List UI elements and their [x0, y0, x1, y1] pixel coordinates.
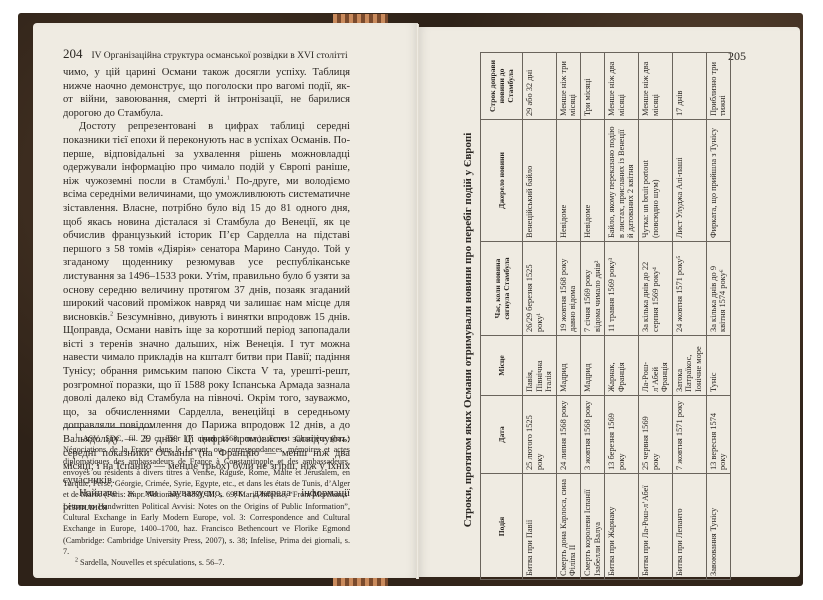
footnote: 2 Sardella, Nouvelles et spéculations, s… [63, 557, 350, 568]
running-head: 204 IV Організаційна структура османсько… [63, 46, 348, 62]
cell-source: Лист Улуджа Алі-паші [672, 120, 706, 242]
cell-event: Битва при Жарнаку [605, 474, 639, 580]
cell-arrival: 11 травня 1569 року³ [605, 242, 639, 336]
cell-source: Венеційський байло [523, 120, 557, 242]
header-duration: Строк доправи новини до Стамбула [481, 53, 523, 120]
cell-arrival: За кілька днів до 9 квітня 1574 року⁶ [706, 242, 730, 336]
cell-place: Затока Патраїкос, Іонічне море [672, 336, 706, 396]
cell-place: Ла-Рош-л’Абей Франція [638, 336, 672, 396]
news-timing-table: Подія Дата Місце Час, коли новина сягнул… [480, 52, 731, 580]
footnote-text: Sardella, Nouvelles et spéculations, s. … [80, 558, 224, 567]
cell-source: Байло, якому переказано подію в листах, … [605, 120, 639, 242]
cell-place: Мадрид [580, 336, 604, 396]
cell-duration: Менше ніж два місяці [605, 53, 639, 120]
rotated-table: Строки, протягом яких Османи отримували … [460, 53, 731, 580]
cell-duration: Три місяці [580, 53, 604, 120]
footnote-number: 1 [75, 433, 78, 439]
footnote: 1 ASV, SDC, fil. 3, c. 359r (7 січня 156… [63, 433, 350, 557]
paragraph: чимо, у цій царині Османи також досягли … [63, 66, 350, 120]
cell-place: Туніс [706, 336, 730, 396]
table-row: Смерть королеви Іспанії Ізабелли Валуа 3… [580, 53, 604, 580]
header-source: Джерело новини [481, 120, 523, 242]
cell-arrival: 24 жовтня 1571 року⁵ [672, 242, 706, 336]
table-row: Смерть дона Карлоса, сина Філіпа II 24 л… [556, 53, 580, 580]
cell-event: Завоювання Тунісу [706, 474, 730, 580]
footnote-rule [63, 427, 153, 428]
cell-date: 25 лютого 1525 року [523, 396, 557, 474]
table-row: Завоювання Тунісу 13 вересня 1574 року Т… [706, 53, 730, 580]
table-title: Строки, протягом яких Османи отримували … [460, 53, 480, 600]
header-event: Подія [481, 474, 523, 580]
cell-place: Павія, Північна Італія [523, 336, 557, 396]
table-row: Битва при Лепанто 7 жовтня 1571 року Зат… [672, 53, 706, 580]
header-place: Місце [481, 336, 523, 396]
table-row: Битва при Жарнаку 13 березня 1569 року Ж… [605, 53, 639, 580]
cell-event: Смерть королеви Іспанії Ізабелли Валуа [580, 474, 604, 580]
cell-source: Фирката, що прийшла з Тунісу [706, 120, 730, 242]
cell-event: Смерть дона Карлоса, сина Філіпа II [556, 474, 580, 580]
cell-date: 24 липня 1568 року [556, 396, 580, 474]
cell-duration: Менше ніж два місяці [638, 53, 672, 120]
cell-place: Жарнак, Франція [605, 336, 639, 396]
cell-source: Невідоме [580, 120, 604, 242]
page-number-left: 204 [63, 46, 83, 61]
cell-arrival: 19 жовтня 1568 року давно відома [556, 242, 580, 336]
cell-source: Невідоме [556, 120, 580, 242]
cell-date: 3 жовтня 1568 року [580, 396, 604, 474]
page-number-right: 205 [728, 49, 746, 64]
cell-duration: Приблизно три тижні [706, 53, 730, 120]
cell-date: 25 червня 1569 року [638, 396, 672, 474]
table-row: Битва при Павії 25 лютого 1525 року Паві… [523, 53, 557, 580]
chapter-title: IV Організаційна структура османської ро… [92, 51, 348, 61]
cell-event: Битва при Лепанто [672, 474, 706, 580]
cell-date: 7 жовтня 1571 року [672, 396, 706, 474]
cell-date: 13 вересня 1574 року [706, 396, 730, 474]
cell-event: Битва при Павії [523, 474, 557, 580]
cell-place: Мадрид [556, 336, 580, 396]
cell-duration: 17 днів [672, 53, 706, 120]
cell-event: Битва при Ла-Рош-л’Абеї [638, 474, 672, 580]
cell-duration: 29 або 32 дні [523, 53, 557, 120]
cell-arrival: 7 січня 1569 року відома чимало днів² [580, 242, 604, 336]
cell-duration: Менше ніж три місяці [556, 53, 580, 120]
paragraph-text: По-друге, ми володіємо всіма середніми в… [63, 176, 350, 323]
footnote-number: 2 [75, 558, 78, 564]
cell-source: Чутка: un bruit portout (повсюдно шум) [638, 120, 672, 242]
cell-arrival: 26/29 березня 1525 року¹ [523, 242, 557, 336]
footnote-text: ASV, SDC, fil. 3, c. 359r (7 січня 1568,… [63, 434, 350, 556]
header-date: Дата [481, 396, 523, 474]
table-row: Битва при Ла-Рош-л’Абеї 25 червня 1569 р… [638, 53, 672, 580]
table-header-row: Подія Дата Місце Час, коли новина сягнул… [481, 53, 523, 580]
footnotes: 1 ASV, SDC, fil. 3, c. 359r (7 січня 156… [63, 433, 350, 569]
cell-date: 13 березня 1569 року [605, 396, 639, 474]
cell-arrival: За кілька днів до 22 серпня 1569 року⁴ [638, 242, 672, 336]
book-gutter [416, 24, 419, 579]
header-arrival: Час, коли новина сягнула Стамбула [481, 242, 523, 336]
